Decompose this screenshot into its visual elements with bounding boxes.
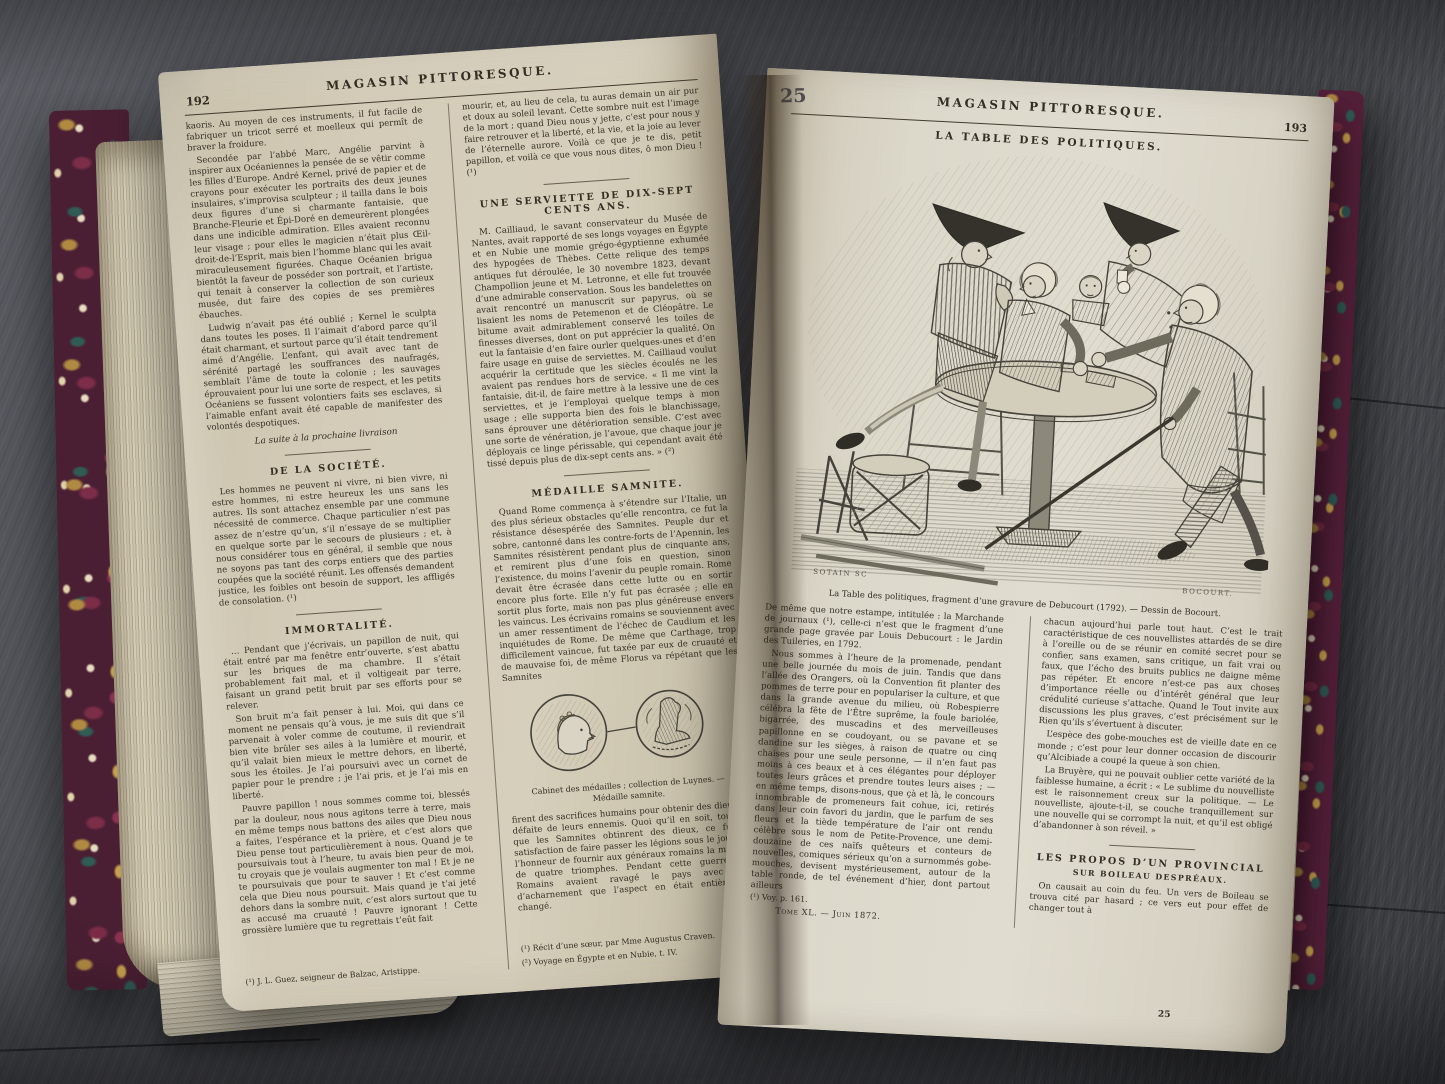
left-page-192: 192 MAGASIN PITTORESQUE. kaoris. Au moye… [158, 34, 782, 1013]
paragraph: firent des sacrifices humains pour obten… [512, 799, 755, 915]
paragraph: Ludwig n’avait pas été oublié ; Kernel l… [199, 308, 443, 435]
engraver-signature-left: SOTAIN SC [813, 567, 868, 579]
paragraph: mourir, et, au lieu de cela, tu auras de… [462, 86, 704, 180]
open-book: 192 MAGASIN PITTORESQUE. kaoris. Au moye… [40, 30, 1370, 1040]
right-page-column-1: De même que notre estampe, intitulée : l… [749, 602, 1017, 927]
paragraph: M. Cailliaud, le savant conservateur du … [470, 212, 723, 471]
section-divider [284, 449, 370, 456]
paragraph: Nous sommes à l’heure de la promenade, p… [750, 649, 1001, 902]
left-page-column-1: kaoris. Au moyen de ces instruments, il … [185, 104, 495, 987]
floor-plank-seam [0, 1038, 320, 1051]
journal-title-right: MAGASIN PITTORESQUE. [792, 87, 1310, 128]
pencil-corner-number: 25 [780, 85, 807, 107]
right-page-column-2: chacun aujourd’hui parle tout haut. C’es… [1014, 616, 1283, 941]
section-divider [543, 178, 629, 185]
right-page-193: 25 MAGASIN PITTORESQUE. 193 LA TABLE DES… [717, 68, 1334, 1054]
paragraph: Quand Rome commença à s’étendre sur l’It… [490, 492, 739, 685]
page-number-right: 193 [1284, 121, 1308, 135]
paragraph: On causait au coin du feu. Un vers de Bo… [1029, 881, 1269, 927]
left-page-column-2: mourir, et, au lieu de cela, tu auras de… [448, 86, 759, 969]
paragraph: Pauvre papillon ! nous sommes comme toi,… [233, 789, 479, 938]
paragraph: Secondée par l’abbé Marc, Angélie parvin… [188, 140, 436, 322]
engraving-la-table-des-politiques: SOTAIN SC BOCOURT. [785, 137, 1290, 608]
sheet-signature-number: 25 [1158, 1010, 1171, 1021]
paragraph: Les hommes ne peuvent ni vivre, ni bien … [211, 472, 456, 610]
paragraph: Son bruit m’a fait penser à lui. Moi, qu… [227, 699, 470, 804]
paragraph: chacun aujourd’hui parle tout haut. C’es… [1038, 617, 1282, 740]
engraver-signature-right: BOCOURT. [1182, 586, 1234, 598]
section-divider [295, 608, 381, 615]
samnite-medal-illustration [506, 675, 742, 787]
section-divider [1109, 845, 1195, 850]
paragraph: La Bruyère, qui ne pouvait oublier cette… [1033, 764, 1275, 843]
photo-of-open-book: 192 MAGASIN PITTORESQUE. kaoris. Au moye… [0, 0, 1445, 1084]
section-divider [563, 470, 649, 477]
